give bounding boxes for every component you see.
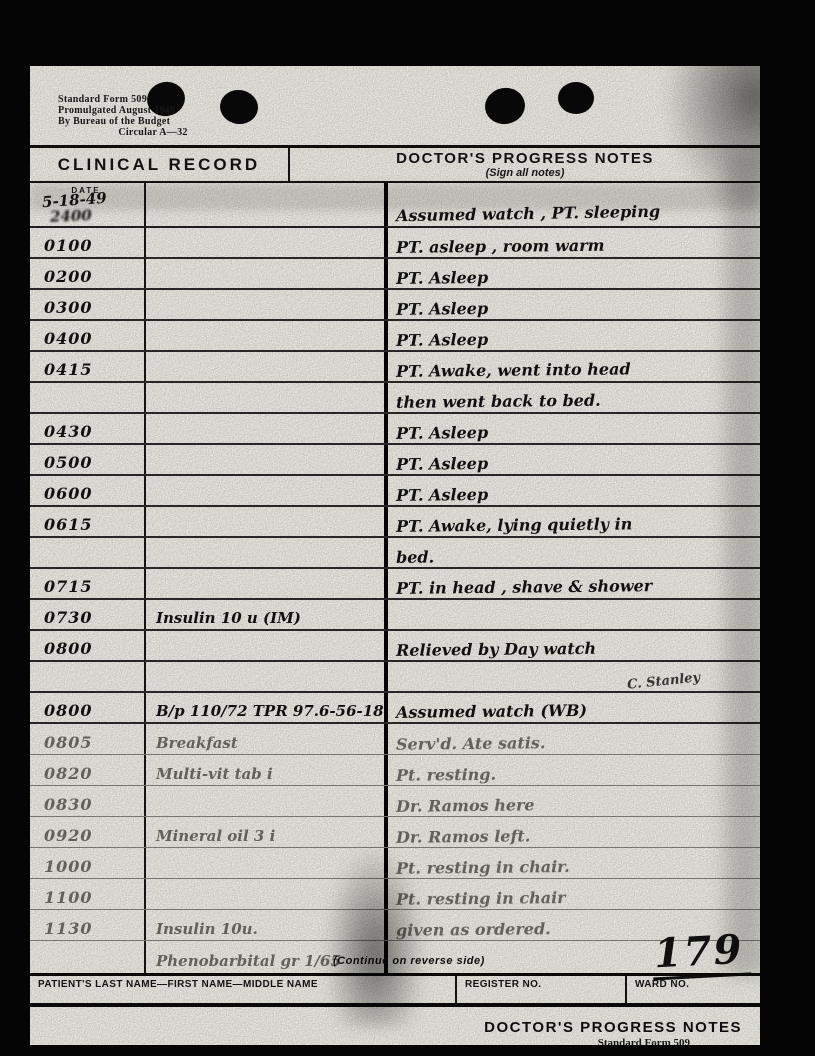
progress-notes-table: DATE 5-18-49 2400 Assumed watch , PT. sl… — [30, 183, 760, 973]
form-imprint: Standard Form 509 Promulgated August 194… — [58, 94, 248, 138]
table-row: 0615PT. Awake, lying quietly in — [30, 507, 760, 538]
handwritten-note: PT. in head , shave & shower — [396, 575, 754, 598]
footer-title: DOCTOR'S PROGRESS NOTES — [484, 1019, 742, 1036]
handwritten-time: 0100 — [44, 236, 140, 255]
handwritten-note: Pt. resting. — [396, 762, 754, 785]
footer-form-name: Standard Form 509 — [598, 1037, 690, 1045]
table-row: 0920Mineral oil 3 iDr. Ramos left. — [30, 817, 760, 848]
clinical-record-cell: CLINICAL RECORD — [30, 148, 290, 181]
handwritten-note: then went back to bed. — [396, 389, 754, 412]
table-row: 0300PT. Asleep — [30, 290, 760, 321]
handwritten-note: Pt. resting in chair. — [396, 855, 754, 878]
table-rows: 0100PT. asleep , room warm0200PT. Asleep… — [30, 228, 760, 972]
handwritten-note: Relieved by Day watch — [396, 637, 754, 660]
handwritten-order: Insulin 10 u (IM) — [156, 609, 376, 627]
hole-punch — [482, 85, 528, 127]
ward-number-label: WARD NO. — [625, 976, 760, 1003]
handwritten-order: Multi-vit tab i — [156, 765, 376, 783]
handwritten-time: 0820 — [44, 764, 140, 783]
handwritten-time: 0200 — [44, 267, 140, 286]
handwritten-note: bed. — [396, 544, 754, 567]
handwritten-note: Serv'd. Ate satis. — [396, 731, 754, 754]
handwritten-time: 1130 — [44, 919, 140, 938]
clinical-record-label: CLINICAL RECORD — [58, 155, 260, 175]
handwritten-note: PT. Asleep — [396, 296, 754, 319]
imprint-line: Circular A—32 — [58, 127, 248, 138]
table-row: 0805BreakfastServ'd. Ate satis. — [30, 724, 760, 755]
handwritten-note: PT. Asleep — [396, 420, 754, 443]
table-row: 0400PT. Asleep — [30, 321, 760, 352]
handwritten-note: PT. Asleep — [396, 327, 754, 350]
table-row: 0715PT. in head , shave & shower — [30, 569, 760, 600]
handwritten-time: 0400 — [44, 329, 140, 348]
handwritten-note: Assumed watch , PT. sleeping — [396, 202, 660, 226]
handwritten-note: Pt. resting in chair — [396, 886, 754, 909]
imprint-line: Promulgated August 1948 — [58, 105, 248, 116]
handwritten-time: 1000 — [44, 857, 140, 876]
form-header: CLINICAL RECORD DOCTOR'S PROGRESS NOTES … — [30, 145, 760, 183]
handwritten-time: 0615 — [44, 515, 140, 534]
handwritten-note: Dr. Ramos left. — [396, 824, 754, 847]
continue-on-reverse-note: (Continue on reverse side) — [333, 955, 485, 967]
table-row: 0100PT. asleep , room warm — [30, 228, 760, 259]
register-number-label: REGISTER NO. — [455, 976, 625, 1003]
handwritten-note: PT. Awake, lying quietly in — [396, 513, 754, 536]
handwritten-time: 0730 — [44, 608, 140, 627]
handwritten-time: 0830 — [44, 795, 140, 814]
table-row: 0600PT. Asleep — [30, 476, 760, 507]
table-row: then went back to bed. — [30, 383, 760, 414]
handwritten-note: Assumed watch (WB) — [396, 699, 754, 722]
date-row: DATE 5-18-49 2400 Assumed watch , PT. sl… — [30, 183, 760, 228]
paper-sheet: Standard Form 509 Promulgated August 194… — [30, 66, 760, 1045]
handwritten-time: 1100 — [44, 888, 140, 907]
handwritten-note: PT. Awake, went into head — [396, 358, 754, 381]
table-row: 0830Dr. Ramos here — [30, 786, 760, 817]
handwritten-time: 0800 — [44, 639, 140, 658]
handwritten-time: 0600 — [44, 484, 140, 503]
table-row: 0430PT. Asleep — [30, 414, 760, 445]
handwritten-note: Dr. Ramos here — [396, 793, 754, 816]
handwritten-note: PT. Asleep — [396, 482, 754, 505]
table-row: 0800Relieved by Day watch — [30, 631, 760, 662]
table-row: 0730Insulin 10 u (IM) — [30, 600, 760, 631]
handwritten-note: PT. Asleep — [396, 451, 754, 474]
table-row: 1000Pt. resting in chair. — [30, 848, 760, 879]
handwritten-time: 0805 — [44, 733, 140, 752]
handwritten-time: 0800 — [44, 701, 140, 720]
handwritten-note: C. Stanley — [626, 670, 700, 693]
handwritten-note: PT. asleep , room warm — [396, 234, 754, 257]
table-row: 0820Multi-vit tab iPt. resting. — [30, 755, 760, 786]
table-row: 0200PT. Asleep — [30, 259, 760, 290]
table-row: 0415PT. Awake, went into head — [30, 352, 760, 383]
imprint-line: By Bureau of the Budget — [58, 116, 248, 127]
form-title: DOCTOR'S PROGRESS NOTES — [396, 150, 654, 167]
handwritten-time: 0300 — [44, 298, 140, 317]
handwritten-time: 0430 — [44, 422, 140, 441]
table-row: 1100Pt. resting in chair — [30, 879, 760, 910]
table-row: bed. — [30, 538, 760, 569]
handwritten-time: 0500 — [44, 453, 140, 472]
handwritten-order: Breakfast — [156, 734, 376, 752]
handwritten-note: PT. Asleep — [396, 265, 754, 288]
table-row: 0500PT. Asleep — [30, 445, 760, 476]
handwritten-order: Insulin 10u. — [156, 920, 376, 938]
scanned-page: { "colors":{"paper":"#f2f0e9","ink":"#13… — [0, 0, 815, 1056]
hole-punch — [558, 82, 594, 114]
patient-info-band: PATIENT'S LAST NAME—FIRST NAME—MIDDLE NA… — [30, 973, 760, 1007]
handwritten-time: 0715 — [44, 577, 140, 596]
handwritten-time: 2400 — [50, 206, 92, 225]
handwritten-order: B/p 110/72 TPR 97.6-56-18 — [156, 702, 376, 720]
progress-notes-cell: DOCTOR'S PROGRESS NOTES (Sign all notes) — [290, 148, 760, 181]
patient-name-label: PATIENT'S LAST NAME—FIRST NAME—MIDDLE NA… — [30, 976, 455, 1003]
handwritten-order: Mineral oil 3 i — [156, 827, 376, 845]
table-row: 0800B/p 110/72 TPR 97.6-56-18Assumed wat… — [30, 693, 760, 724]
handwritten-time: 0920 — [44, 826, 140, 845]
table-row: C. Stanley — [30, 662, 760, 693]
form-subtitle: (Sign all notes) — [486, 167, 565, 179]
handwritten-time: 0415 — [44, 360, 140, 379]
imprint-line: Standard Form 509 — [58, 94, 248, 105]
